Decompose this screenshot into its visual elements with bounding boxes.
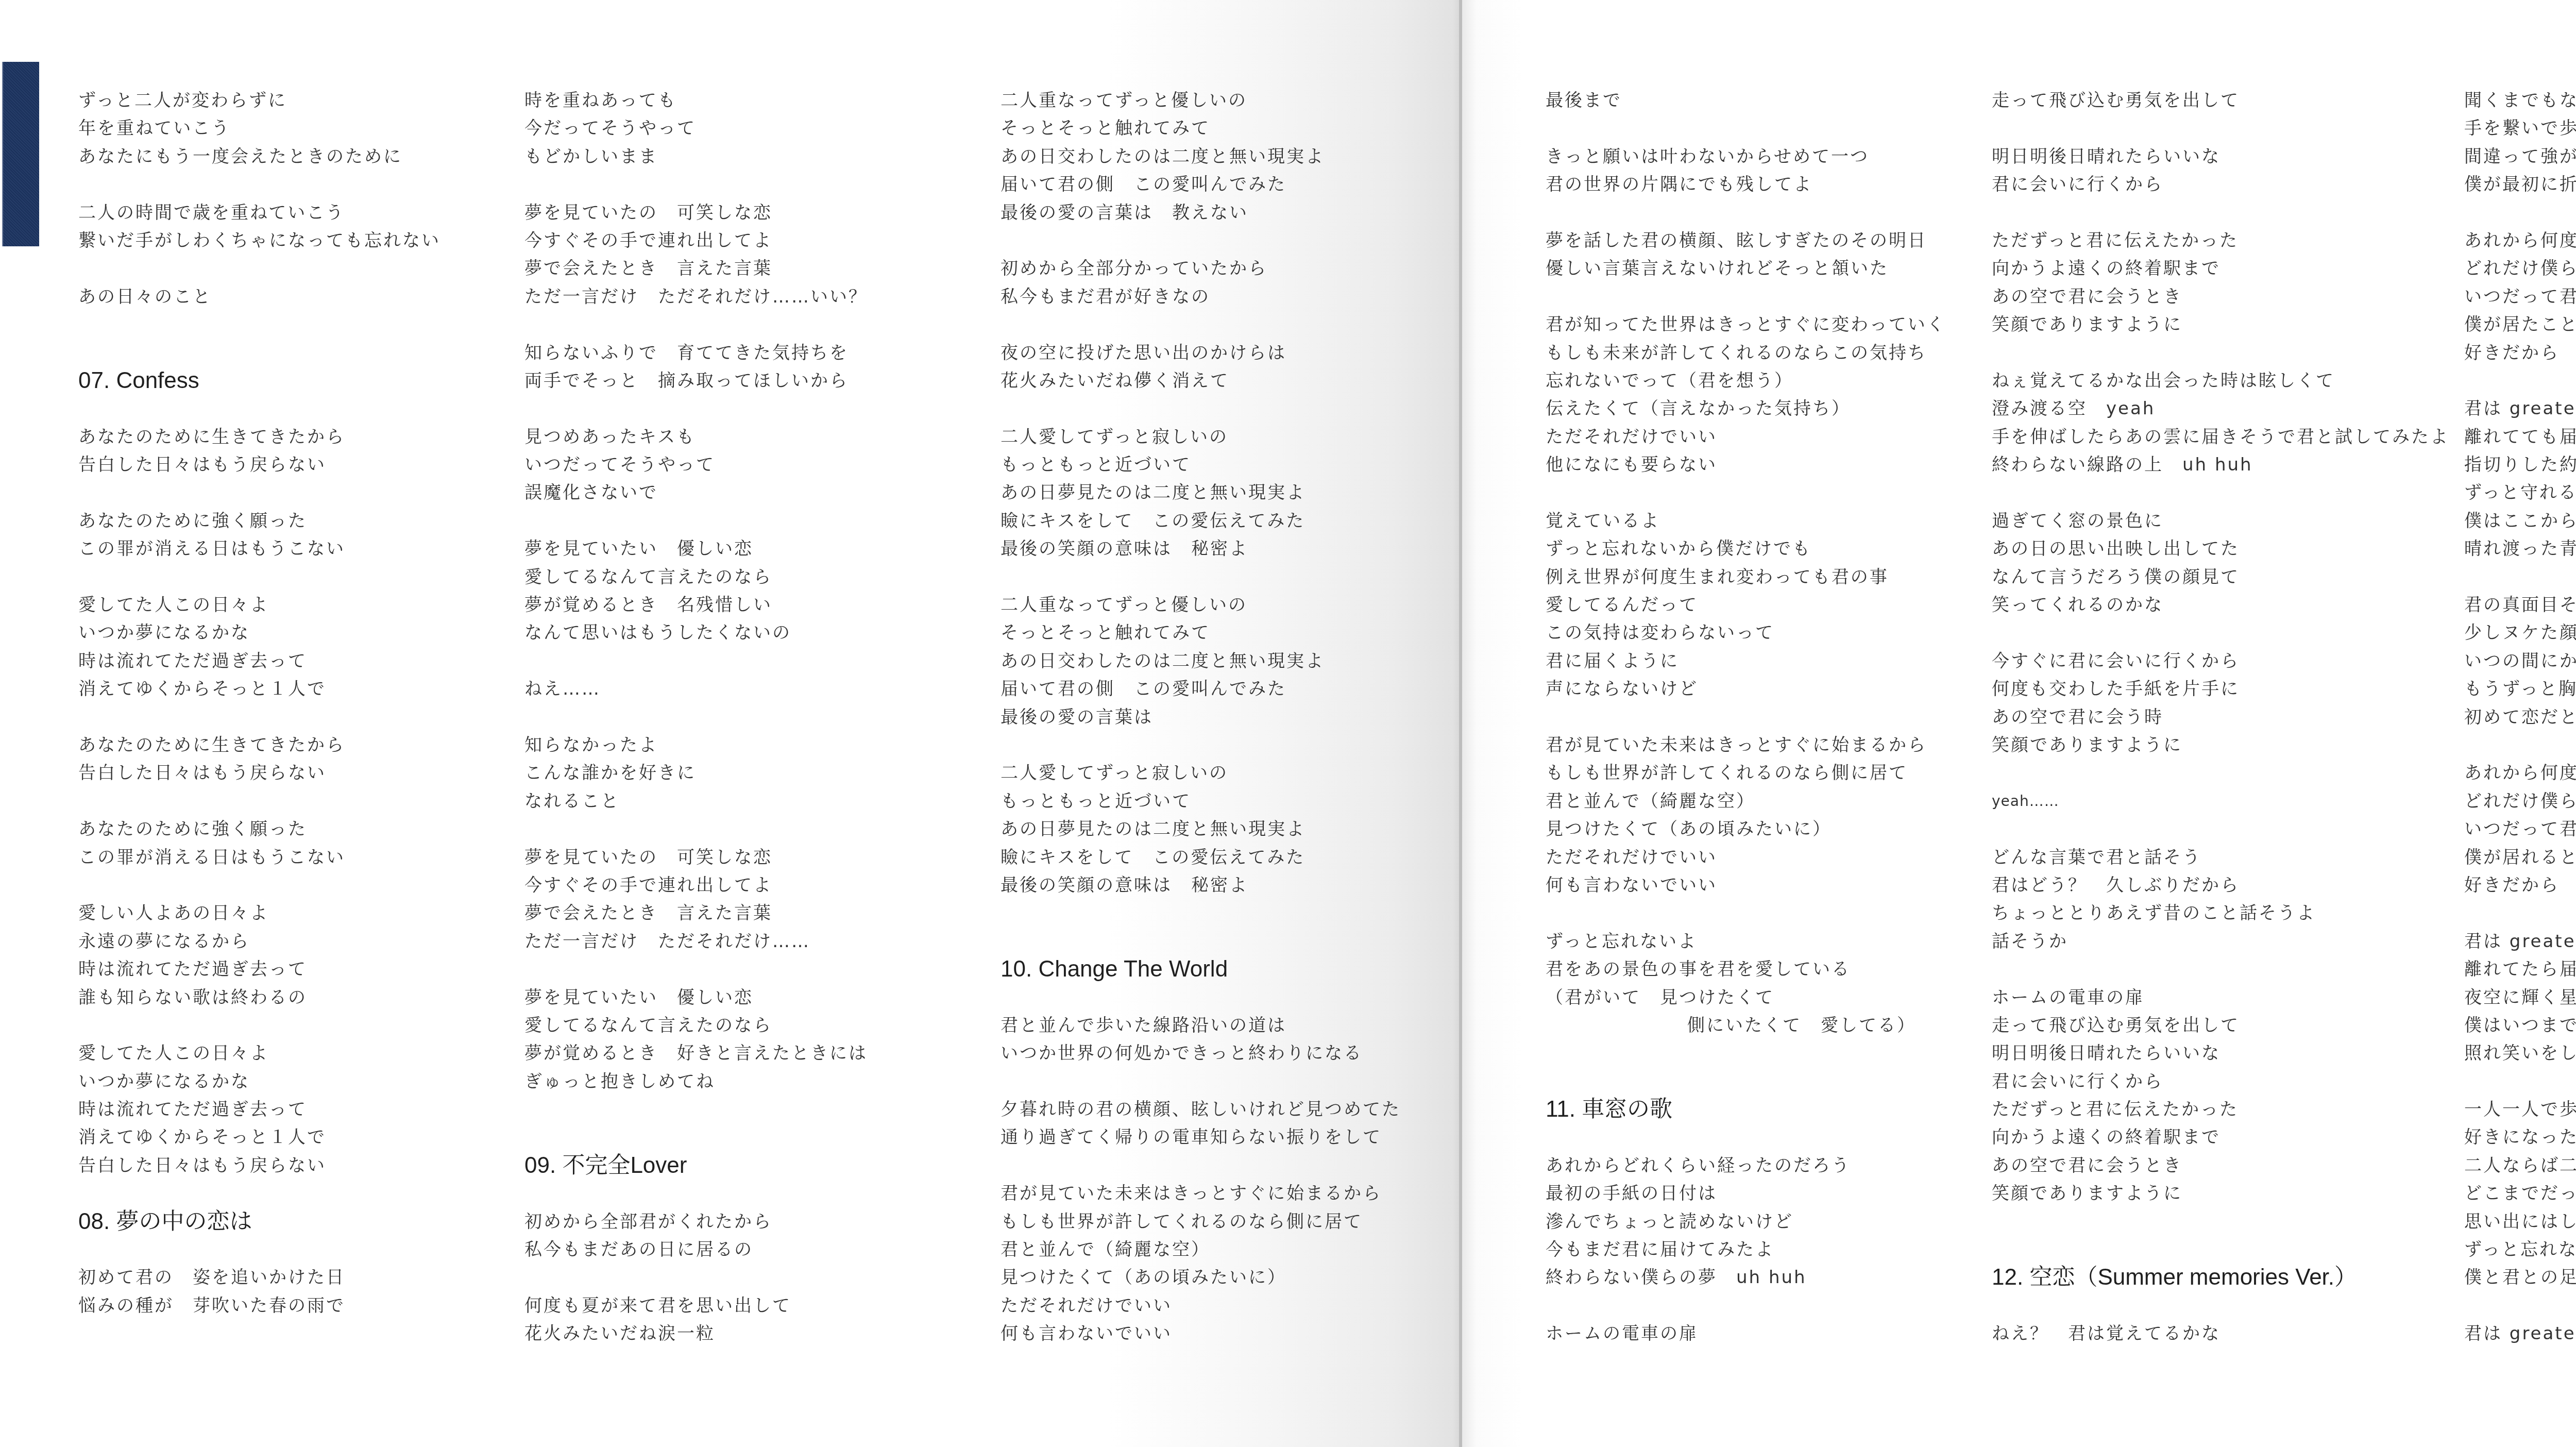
lyric-line: 告白した日々はもう戻らない: [78, 451, 440, 479]
lyric-line: 永遠の夢になるから: [78, 928, 440, 955]
stanza-gap: [2464, 563, 2576, 591]
lyric-line: あの日夢見たのは二度と無い現実よ: [1001, 479, 1401, 507]
lyric-line: 好きになったことそれが奇跡: [2464, 1123, 2576, 1151]
lyric-line: 愛してた人この日々よ: [78, 591, 440, 619]
lyrics-column-1: ずっと二人が変わらずに年を重ねていこうあなたにもう一度会えたときのために二人の時…: [78, 87, 440, 1320]
lyric-line: 聞くまでもないよね: [2464, 87, 2576, 114]
lyric-line: 夜空に輝く星の光のように: [2464, 984, 2576, 1012]
lyric-line: あなたにもう一度会えたときのために: [78, 143, 440, 171]
lyric-line: あの日の思い出映し出してた: [1992, 535, 2449, 563]
stanza-gap: [78, 395, 440, 423]
lyric-line: あの日々のこと: [78, 283, 440, 311]
lyric-line: どんな言葉で君と話そう: [1992, 844, 2449, 871]
lyric-line: ちょっととりあえず昔のこと話そうよ: [1992, 899, 2449, 927]
lyric-line: 私今もまだあの日に居るの: [524, 1236, 868, 1264]
stanza-gap: [78, 1180, 440, 1207]
stanza-gap: [1992, 1292, 2449, 1320]
lyric-line: 好きだから: [2464, 871, 2576, 899]
stanza-gap: [1546, 1292, 1946, 1320]
stanza-gap: [524, 647, 868, 675]
lyric-line: あの日交わしたのは二度と無い現実よ: [1001, 143, 1401, 171]
lyric-line: 君が見ていた未来はきっとすぐに始まるから: [1001, 1180, 1401, 1207]
lyric-line: 最後まで: [1546, 87, 1946, 114]
lyric-line: 終わらない線路の上 uh huh: [1992, 451, 2449, 479]
stanza-gap: [1992, 955, 2449, 983]
stanza-gap: [1992, 114, 2449, 142]
lyric-line: ただずっと君に伝えたかった: [1992, 227, 2449, 255]
lyric-line: 他になにも要らない: [1546, 451, 1946, 479]
stanza-gap: [78, 479, 440, 507]
lyric-line: 今すぐその手で連れ出してよ: [524, 871, 868, 899]
stanza-gap: [524, 1096, 868, 1123]
lyric-line: 愛してた人この日々よ: [78, 1039, 440, 1067]
stanza-gap: [1001, 227, 1401, 255]
stanza-gap: [524, 311, 868, 339]
lyric-line: 間違って強がって何度喧嘩もしてさ: [2464, 143, 2576, 171]
lyric-line: 君と並んで（綺麗な空）: [1546, 787, 1946, 815]
stanza-gap: [524, 395, 868, 423]
lyric-line: 僕が居たこと忘れないで: [2464, 311, 2576, 339]
lyric-line: 夜の空に投げた思い出のかけらは: [1001, 339, 1401, 367]
lyric-line: 今だってそうやって: [524, 114, 868, 142]
lyric-line: 夢が覚めるとき 好きと言えたときには: [524, 1039, 868, 1067]
lyric-line: 時は流れてただ過ぎ去って: [78, 647, 440, 675]
lyric-line: 二人愛してずっと寂しいの: [1001, 759, 1401, 787]
lyric-line: 今もまだ君に届けてみたよ: [1546, 1236, 1946, 1264]
lyric-line: 何も言わないでいい: [1546, 871, 1946, 899]
lyric-line: もどかしいまま: [524, 143, 868, 171]
lyric-line: ねえ……: [524, 675, 868, 703]
stanza-gap: [1992, 1208, 2449, 1236]
lyric-line: 瞼にキスをして この愛伝えてみた: [1001, 507, 1401, 535]
lyric-line: 初めから全部君がくれたから: [524, 1208, 868, 1236]
lyric-line: あの空で君に会うとき: [1992, 283, 2449, 311]
lyric-line: 明日明後日晴れたらいいな: [1992, 1039, 2449, 1067]
lyric-line: いつの間にか見とれちゃってたオカシイね: [2464, 647, 2576, 675]
stanza-gap: [1546, 114, 1946, 142]
lyric-line: あの空で君に会う時: [1992, 703, 2449, 731]
lyric-line: なんて言うだろう僕の顔見て: [1992, 563, 2449, 591]
stanza-gap: [1001, 984, 1401, 1012]
lyric-line: 届いて君の側 この愛叫んでみた: [1001, 675, 1401, 703]
lyric-line: 届いて君の側 この愛叫んでみた: [1001, 171, 1401, 198]
lyric-line: こんな誰かを好きに: [524, 759, 868, 787]
lyric-line: ずっと忘れないから僕だけでも: [1546, 535, 1946, 563]
lyric-line: 少しヌケた顔も: [2464, 619, 2576, 647]
lyric-line: どれだけ僕ら大人になっただろう: [2464, 255, 2576, 282]
lyric-line: 愛しい人よあの日々よ: [78, 899, 440, 927]
stanza-gap: [1001, 899, 1401, 927]
stanza-gap: [1001, 1152, 1401, 1180]
stanza-gap: [1992, 619, 2449, 647]
stanza-gap: [1546, 1123, 1946, 1151]
lyric-line: 私今もまだ君が好きなの: [1001, 283, 1401, 311]
lyric-line: 君が見ていた未来はきっとすぐに始まるから: [1546, 731, 1946, 759]
lyric-line: 好きだから: [2464, 339, 2576, 367]
lyric-line: 見つけたくて（あの頃みたいに）: [1001, 1264, 1401, 1291]
lyric-line: 僕はここからでも伝えるだろう: [2464, 507, 2576, 535]
stanza-gap: [1001, 1068, 1401, 1096]
booklet-spine: [1459, 0, 1462, 1447]
lyric-line: 僕が最初に折れたね: [2464, 171, 2576, 198]
lyric-line: 愛してるなんて言えたのなら: [524, 1012, 868, 1039]
stanza-gap: [524, 171, 868, 198]
lyric-line: 知らないふりで 育ててきた気持ちを: [524, 339, 868, 367]
lyric-line: 僕と君との足跡を: [2464, 1264, 2576, 1291]
stanza-gap: [2464, 731, 2576, 759]
lyric-line: 君と並んで（綺麗な空）: [1001, 1236, 1401, 1264]
lyric-line: 手を伸ばしたらあの雲に届きそうで君と試してみたよ: [1992, 423, 2449, 451]
lyrics-column-2: 時を重ねあっても今だってそうやってもどかしいまま夢を見ていたの 可笑しな恋今すぐ…: [524, 87, 868, 1348]
lyric-line: いつか夢になるかな: [78, 1068, 440, 1096]
lyric-line: 初めて恋だと知ったよ: [2464, 703, 2576, 731]
stanza-gap: [524, 955, 868, 983]
lyric-line: 初めて君の 姿を追いかけた日: [78, 1264, 440, 1291]
lyric-line: いつだってそうやって: [524, 451, 868, 479]
lyric-line: 君をあの景色の事を君を愛している: [1546, 955, 1946, 983]
lyric-line: 消えてゆくからそっと１人で: [78, 1123, 440, 1151]
lyric-line: 澄み渡る空 yeah: [1992, 395, 2449, 423]
lyric-line: 二人愛してずっと寂しいの: [1001, 423, 1401, 451]
stanza-gap: [1546, 283, 1946, 311]
lyric-line: 告白した日々はもう戻らない: [78, 1152, 440, 1180]
stanza-gap: [78, 1012, 440, 1039]
lyric-line: 僕はいつまでも忘れないだろう: [2464, 1012, 2576, 1039]
stanza-gap: [78, 339, 440, 367]
song-title: 10. Change The World: [1001, 955, 1401, 983]
lyric-line: 最後の笑顔の意味は 秘密よ: [1001, 871, 1401, 899]
lyric-line: 消えてゆくからそっと１人で: [78, 675, 440, 703]
stanza-gap: [524, 507, 868, 535]
stanza-gap: [78, 787, 440, 815]
lyric-line: 君は greatest girl: [2464, 1320, 2576, 1348]
lyric-line: 花火みたいだね涙一粒: [524, 1320, 868, 1348]
lyrics-column-3: 二人重なってずっと優しいのそっとそっと触れてみてあの日交わしたのは二度と無い現実…: [1001, 87, 1401, 1348]
lyric-line: ただ一言だけ ただそれだけ……いい？: [524, 283, 868, 311]
lyric-line: 君が知ってた世界はきっとすぐに変わっていく: [1546, 311, 1946, 339]
stanza-gap: [78, 311, 440, 339]
lyric-line: ずっと二人が変わらずに: [78, 87, 440, 114]
lyric-line: ホームの電車の扉: [1546, 1320, 1946, 1348]
stanza-gap: [78, 563, 440, 591]
stanza-gap: [524, 703, 868, 731]
lyric-line: あれからどれくらい経ったのだろう: [1546, 1152, 1946, 1180]
lyric-line: あなたのために強く願った: [78, 815, 440, 843]
lyric-line: この罪が消える日はもうこない: [78, 844, 440, 871]
lyric-line: 君は greatest girl: [2464, 395, 2576, 423]
lyric-line: あの日交わしたのは二度と無い現実よ: [1001, 647, 1401, 675]
lyric-line: いつだって君が居て: [2464, 283, 2576, 311]
song-title: 09. 不完全Lover: [524, 1152, 868, 1180]
lyric-line: なんて思いはもうしたくないの: [524, 619, 868, 647]
lyric-line: 笑ってくれるのかな: [1992, 591, 2449, 619]
stanza-gap: [1001, 928, 1401, 955]
lyric-line: ただ一言だけ ただそれだけ……: [524, 928, 868, 955]
lyric-line: 君に届くように: [1546, 647, 1946, 675]
lyric-line: 夕暮れ時の君の横顔、眩しいけれど見つめてた: [1001, 1096, 1401, 1123]
song-title: 08. 夢の中の恋は: [78, 1208, 440, 1236]
lyric-line: 例え世界が何度生まれ変わっても君の事: [1546, 563, 1946, 591]
lyric-line: もうずっと胸ギュッと掴まれてるみたいで: [2464, 675, 2576, 703]
lyric-line: 最後の愛の言葉は: [1001, 703, 1401, 731]
stanza-gap: [78, 255, 440, 282]
lyric-line: 伝えたくて（言えなかった気持ち）: [1546, 395, 1946, 423]
lyric-line: 告白した日々はもう戻らない: [78, 759, 440, 787]
lyric-line: 夢を見ていたい 優しい恋: [524, 535, 868, 563]
song-title: 11. 車窓の歌: [1546, 1096, 1946, 1123]
lyric-line: 時は流れてただ過ぎ去って: [78, 955, 440, 983]
lyric-line: この罪が消える日はもうこない: [78, 535, 440, 563]
lyric-line: 夢が覚めるとき 名残惜しい: [524, 591, 868, 619]
lyric-line: 君と並んで歩いた線路沿いの道は: [1001, 1012, 1401, 1039]
lyric-line: 二人ならば二人だから: [2464, 1152, 2576, 1180]
lyric-line: 最後の笑顔の意味は 秘密よ: [1001, 535, 1401, 563]
lyric-line: 側にいたくて 愛してる）: [1546, 1012, 1946, 1039]
lyric-line: （君がいて 見つけたくて: [1546, 984, 1946, 1012]
stanza-gap: [2464, 199, 2576, 227]
lyric-line: 手を繋いで歩いていた帰り道で: [2464, 114, 2576, 142]
lyric-line: 晴れ渡った青空 恋を掲げよう: [2464, 535, 2576, 563]
stanza-gap: [1001, 395, 1401, 423]
lyric-line: 最後の愛の言葉は 教えない: [1001, 199, 1401, 227]
stanza-gap: [78, 703, 440, 731]
stanza-gap: [1001, 563, 1401, 591]
stanza-gap: [1992, 815, 2449, 843]
lyric-line: いつだって君が居て: [2464, 815, 2576, 843]
lyric-line: あなたのために強く願った: [78, 507, 440, 535]
lyric-line: 声にならないけど: [1546, 675, 1946, 703]
lyric-line: ずっと忘れないでいて: [2464, 1236, 2576, 1264]
stanza-gap: [524, 1123, 868, 1151]
lyric-line: 笑顔でありますように: [1992, 731, 2449, 759]
lyric-line: ただそれだけでいい: [1546, 423, 1946, 451]
stanza-gap: [2464, 367, 2576, 395]
lyric-line: ただずっと君に伝えたかった: [1992, 1096, 2449, 1123]
lyric-line: 繋いだ手がしわくちゃになっても忘れない: [78, 227, 440, 255]
lyric-line: 君に会いに行くから: [1992, 171, 2449, 198]
lyric-line: 誰も知らない歌は終わるの: [78, 984, 440, 1012]
lyric-line: 滲んでちょっと読めないけど: [1546, 1208, 1946, 1236]
lyric-line: どれだけ僕ら夢語っただろう: [2464, 787, 2576, 815]
lyric-line: ぎゅっと抱きしめてね: [524, 1068, 868, 1096]
lyric-line: 笑顔でありますように: [1992, 311, 2449, 339]
stanza-gap: [1546, 199, 1946, 227]
stanza-gap: [2464, 1068, 2576, 1096]
lyric-line: 二人重なってずっと優しいの: [1001, 591, 1401, 619]
lyric-line: あなたのために生きてきたから: [78, 423, 440, 451]
stanza-gap: [1001, 731, 1401, 759]
stanza-gap: [1546, 1039, 1946, 1067]
lyric-line: 何度も夏が来て君を思い出して: [524, 1292, 868, 1320]
lyric-line: 夢を見ていたい 優しい恋: [524, 984, 868, 1012]
lyric-line: 二人の時間で歳を重ねていこう: [78, 199, 440, 227]
lyric-line: 君は greatest girl: [2464, 928, 2576, 955]
lyric-line: ホームの電車の扉: [1992, 984, 2449, 1012]
lyric-line: ずっと忘れないよ: [1546, 928, 1946, 955]
stanza-gap: [524, 815, 868, 843]
lyric-line: 悩みの種が 芽吹いた春の雨で: [78, 1292, 440, 1320]
lyric-line: 一人一人で歩いてた日々: [2464, 1096, 2576, 1123]
lyric-line: そっとそっと触れてみて: [1001, 619, 1401, 647]
lyric-line: 君の真面目そうな顔も: [2464, 591, 2576, 619]
lyric-line: 愛してるなんて言えたのなら: [524, 563, 868, 591]
lyric-line: ねえ？ 君は覚えてるかな: [1992, 1320, 2449, 1348]
lyric-line: きっと願いは叶わないからせめて一つ: [1546, 143, 1946, 171]
lyric-line: 覚えているよ: [1546, 507, 1946, 535]
stanza-gap: [1001, 311, 1401, 339]
lyric-line: 夢で会えたとき 言えた言葉: [524, 899, 868, 927]
lyric-line: 君に会いに行くから: [1992, 1068, 2449, 1096]
stanza-gap: [1992, 339, 2449, 367]
lyric-line: 君の世界の片隅にでも残してよ: [1546, 171, 1946, 198]
lyric-line: ただそれだけでいい: [1546, 844, 1946, 871]
lyric-line: いつか夢になるかな: [78, 619, 440, 647]
stanza-gap: [1546, 703, 1946, 731]
lyric-line: 今すぐその手で連れ出してよ: [524, 227, 868, 255]
lyric-line: 離れてても届くんだろう: [2464, 423, 2576, 451]
lyric-line: もしも未来が許してくれるのならこの気持ち: [1546, 339, 1946, 367]
lyric-line: あの日夢見たのは二度と無い現実よ: [1001, 815, 1401, 843]
lyric-line: あれから何度季節が過ぎただろう: [2464, 759, 2576, 787]
lyric-line: 夢を見ていたの 可笑しな恋: [524, 199, 868, 227]
lyric-line: あなたのために生きてきたから: [78, 731, 440, 759]
lyric-line: 年を重ねていこう: [78, 114, 440, 142]
lyric-line: 走って飛び込む勇気を出して: [1992, 87, 2449, 114]
lyric-line: もしも世界が許してくれるのなら側に居て: [1001, 1208, 1401, 1236]
lyric-line: あの空で君に会うとき: [1992, 1152, 2449, 1180]
lyric-line: そっとそっと触れてみて: [1001, 114, 1401, 142]
lyric-line: 最初の手紙の日付は: [1546, 1180, 1946, 1207]
lyric-line: 見つけたくて（あの頃みたいに）: [1546, 815, 1946, 843]
stanza-gap: [1992, 479, 2449, 507]
stanza-gap: [1546, 899, 1946, 927]
lyric-line: 花火みたいだね儚く消えて: [1001, 367, 1401, 395]
lyric-line: 離れてたら届けるだろう: [2464, 955, 2576, 983]
stanza-gap: [2464, 1292, 2576, 1320]
stanza-gap: [78, 1236, 440, 1264]
lyric-line: ずっと守れるように: [2464, 479, 2576, 507]
stanza-gap: [1546, 1068, 1946, 1096]
lyric-line: 時は流れてただ過ぎ去って: [78, 1096, 440, 1123]
lyric-line: 誤魔化さないで: [524, 479, 868, 507]
lyric-line: 今すぐに君に会いに行くから: [1992, 647, 2449, 675]
lyric-line: 通り過ぎてく帰りの電車知らない振りをして: [1001, 1123, 1401, 1151]
left-accent-tab: [2, 62, 39, 246]
stanza-gap: [1992, 759, 2449, 787]
stanza-gap: [524, 1264, 868, 1291]
lyric-line: 二人重なってずっと優しいの: [1001, 87, 1401, 114]
lyric-line: 話そうか: [1992, 928, 2449, 955]
lyric-line: もっともっと近づいて: [1001, 787, 1401, 815]
lyric-line: 瞼にキスをして この愛伝えてみた: [1001, 844, 1401, 871]
lyric-line: 僕が居れると信じていた: [2464, 844, 2576, 871]
lyric-line: 愛してるんだって: [1546, 591, 1946, 619]
lyric-line: どこまでだって行けるからさ: [2464, 1180, 2576, 1207]
song-title: 07. Confess: [78, 367, 440, 395]
lyric-line: 時を重ねあっても: [524, 87, 868, 114]
lyric-line: 見つめあったキスも: [524, 423, 868, 451]
song-title: 12. 空恋（Summer memories Ver.）: [1992, 1264, 2449, 1291]
lyric-line: 走って飛び込む勇気を出して: [1992, 1012, 2449, 1039]
stanza-gap: [1992, 199, 2449, 227]
lyric-line: 過ぎてく窓の景色に: [1992, 507, 2449, 535]
lyric-line: 明日明後日晴れたらいいな: [1992, 143, 2449, 171]
lyrics-column-5: 走って飛び込む勇気を出して明日明後日晴れたらいいな君に会いに行くからただずっと君…: [1992, 87, 2449, 1348]
lyric-line: yeah……: [1992, 787, 2449, 815]
lyric-line: ねぇ覚えてるかな出会った時は眩しくて: [1992, 367, 2449, 395]
lyric-line: あれから何度季節が過ぎただろう: [2464, 227, 2576, 255]
lyric-line: 向かうよ遠くの終着駅まで: [1992, 1123, 2449, 1151]
lyrics-column-4: 最後まできっと願いは叶わないからせめて一つ君の世界の片隅にでも残してよ夢を話した…: [1546, 87, 1946, 1348]
lyric-line: いつか世界の何処かできっと終わりになる: [1001, 1039, 1401, 1067]
lyric-line: 夢を見ていたの 可笑しな恋: [524, 844, 868, 871]
stanza-gap: [2464, 899, 2576, 927]
lyric-line: 知らなかったよ: [524, 731, 868, 759]
lyric-line: 何度も交わした手紙を片手に: [1992, 675, 2449, 703]
stanza-gap: [78, 171, 440, 198]
lyrics-column-6: 聞くまでもないよね手を繋いで歩いていた帰り道で間違って強がって何度喧嘩もしてさ僕…: [2464, 87, 2576, 1348]
lyric-line: 思い出にはしないでよね: [2464, 1208, 2576, 1236]
lyric-line: 優しい言葉言えないけれどそっと頷いた: [1546, 255, 1946, 282]
lyric-line: もっともっと近づいて: [1001, 451, 1401, 479]
lyric-line: 夢を話した君の横顔、眩しすぎたのその明日: [1546, 227, 1946, 255]
stanza-gap: [1546, 479, 1946, 507]
lyric-line: ただそれだけでいい: [1001, 1292, 1401, 1320]
lyric-line: 向かうよ遠くの終着駅まで: [1992, 255, 2449, 282]
lyric-line: 笑顔でありますように: [1992, 1180, 2449, 1207]
lyric-line: 夢で会えたとき 言えた言葉: [524, 255, 868, 282]
lyric-line: 終わらない僕らの夢 uh huh: [1546, 1264, 1946, 1291]
lyric-line: 指切りした約束: [2464, 451, 2576, 479]
lyric-line: 照れ笑いをして好きと言ったことを: [2464, 1039, 2576, 1067]
lyric-line: この気持は変わらないって: [1546, 619, 1946, 647]
lyric-line: なれること: [524, 787, 868, 815]
lyric-line: 忘れないでって（君を想う）: [1546, 367, 1946, 395]
lyric-line: 両手でそっと 摘み取ってほしいから: [524, 367, 868, 395]
lyric-line: 何も言わないでいい: [1001, 1320, 1401, 1348]
lyric-line: 初めから全部分かっていたから: [1001, 255, 1401, 282]
lyric-line: もしも世界が許してくれるのなら側に居て: [1546, 759, 1946, 787]
lyric-line: 君はどう？ 久しぶりだから: [1992, 871, 2449, 899]
stanza-gap: [1992, 1236, 2449, 1264]
stanza-gap: [524, 1180, 868, 1207]
stanza-gap: [78, 871, 440, 899]
